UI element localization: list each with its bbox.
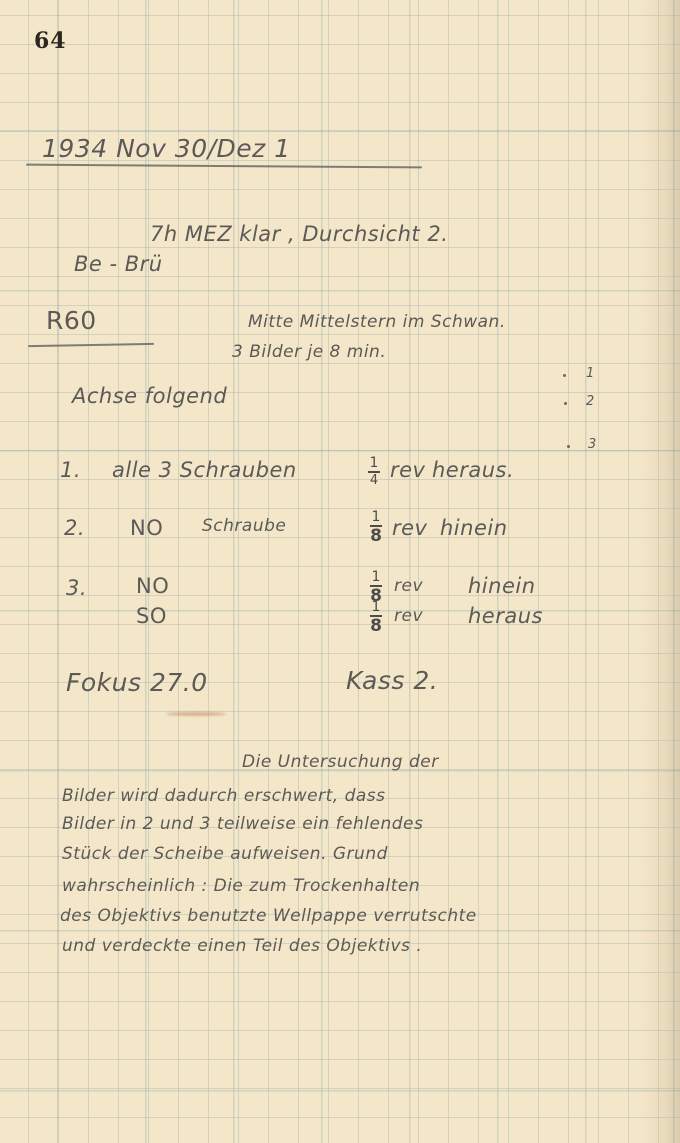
grid-line-horizontal <box>0 595 680 596</box>
grid-line-horizontal <box>0 711 680 712</box>
grid-line-horizontal <box>0 189 680 190</box>
notes-line: und verdeckte einen Teil des Objektivs . <box>62 936 422 956</box>
cassette-value: Kass 2. <box>346 666 438 695</box>
entry-label-underline <box>28 343 154 347</box>
grid-line-horizontal <box>0 624 680 625</box>
step-direction: hinein <box>468 574 536 598</box>
entry-description-1: Mitte Mittelstern im Schwan. <box>248 312 506 332</box>
focus-value: Fokus 27.0 <box>66 668 208 697</box>
grid-line-horizontal <box>0 15 680 16</box>
date-heading: 1934 Nov 30/Dez 1 <box>42 134 291 163</box>
grid-line-horizontal <box>0 131 680 132</box>
grid-line-horizontal <box>0 421 680 422</box>
grid-line-horizontal <box>0 1088 680 1089</box>
grid-line-horizontal <box>0 1059 680 1060</box>
step-index: 3. <box>66 576 87 600</box>
grid-line-horizontal <box>0 972 680 973</box>
step-target: SO <box>136 604 167 628</box>
grid-line-horizontal <box>0 537 680 538</box>
grid-line-horizontal <box>0 450 680 451</box>
step-target-note: Schraube <box>202 516 286 536</box>
step-index: 1. <box>60 458 81 482</box>
step-fraction: 1 8 <box>370 600 382 635</box>
notes-line: Bilder in 2 und 3 teilweise ein fehlende… <box>62 814 423 834</box>
conditions-line-1: 7h MEZ klar , Durchsicht 2. <box>150 222 448 246</box>
grid-line-horizontal <box>0 479 680 480</box>
step-fraction: 1 8 <box>370 510 382 545</box>
grid-line-horizontal <box>0 102 680 103</box>
screw-label-3: 3 <box>588 437 597 452</box>
step-target: NO <box>130 516 163 540</box>
grid-line-horizontal <box>0 44 680 45</box>
grid-line-horizontal <box>0 508 680 509</box>
step-unit: rev <box>394 576 423 596</box>
grid-line-horizontal <box>0 1001 680 1002</box>
grid-line-horizontal <box>0 1030 680 1031</box>
notes-line: wahrscheinlich : Die zum Trockenhalten <box>62 876 420 896</box>
notes-line: Stück der Scheibe aufweisen. Grund <box>62 844 388 864</box>
step-direction: hinein <box>440 516 508 540</box>
step-direction: heraus. <box>432 458 514 482</box>
notes-line: Bilder wird dadurch erschwert, dass <box>62 786 386 806</box>
entry-subheading: Achse folgend <box>72 384 227 408</box>
grid-line-horizontal <box>0 334 680 335</box>
screw-label-1: 1 <box>586 366 595 381</box>
step-unit: rev <box>392 516 427 540</box>
grid-line-horizontal <box>0 740 680 741</box>
grid-line-horizontal <box>0 363 680 364</box>
entry-label: R60 <box>46 306 97 335</box>
screw-dot-3 <box>567 445 570 448</box>
notebook-page: 64 1934 Nov 30/Dez 1 7h MEZ klar , Durch… <box>0 0 680 1143</box>
grid-line-horizontal <box>0 218 680 219</box>
notes-line: Die Untersuchung der <box>242 752 439 772</box>
grid-line-horizontal <box>0 276 680 277</box>
screw-label-2: 2 <box>586 394 595 409</box>
date-heading-underline <box>26 164 422 169</box>
grid-line-horizontal <box>0 73 680 74</box>
step-fraction: 1 4 <box>368 456 380 487</box>
screw-dot-2 <box>564 402 567 405</box>
conditions-line-2: Be - Brü <box>74 252 163 276</box>
notes-line: des Objektivs benutzte Wellpappe verruts… <box>60 906 477 926</box>
step-direction: heraus <box>468 604 543 628</box>
grid-line-horizontal <box>0 653 680 654</box>
paper-smudge <box>166 712 226 716</box>
step-target: alle 3 Schrauben <box>112 458 297 482</box>
step-unit: rev <box>390 458 425 482</box>
grid-line-horizontal <box>0 247 680 248</box>
step-target: NO <box>136 574 169 598</box>
step-unit: rev <box>394 606 423 626</box>
screw-dot-1 <box>563 374 566 377</box>
grid-line-horizontal <box>0 305 680 306</box>
grid-line-horizontal <box>0 566 680 567</box>
step-index: 2. <box>64 516 85 540</box>
page-number: 64 <box>34 28 67 54</box>
grid-line-horizontal <box>0 1117 680 1118</box>
entry-description-2: 3 Bilder je 8 min. <box>232 342 386 362</box>
